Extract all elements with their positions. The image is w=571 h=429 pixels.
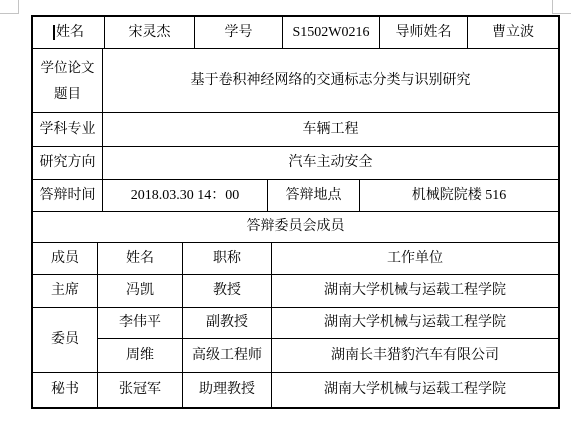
name-value: 宋灵杰	[129, 20, 171, 46]
cell-student-id-value[interactable]: S1502W0216	[283, 17, 380, 49]
cell-secretary-unit[interactable]: 湖南大学机械与运载工程学院	[272, 373, 558, 407]
cell-secretary-name[interactable]: 张冠军	[98, 373, 183, 407]
header-name: 姓名	[126, 246, 154, 272]
header-title: 职称	[213, 246, 241, 272]
cell-thesis-title-label[interactable]: 学位论文题目	[33, 49, 103, 113]
member2-title: 高级工程师	[192, 343, 262, 369]
cell-header-title[interactable]: 职称	[183, 243, 272, 275]
member2-name: 周维	[126, 343, 154, 369]
advisor-value: 曹立波	[492, 20, 534, 46]
cell-chairman-role[interactable]: 主席	[33, 275, 98, 308]
cell-defense-time-value[interactable]: 2018.03.30 14：00	[103, 180, 268, 212]
cell-secretary-title[interactable]: 助理教授	[183, 373, 272, 407]
cell-major-label[interactable]: 学科专业	[33, 113, 103, 147]
thesis-title-label: 学位论文题目	[34, 55, 101, 107]
page-corner-mark-top-left	[0, 0, 19, 14]
cell-defense-place-value[interactable]: 机械院院楼 516	[360, 180, 558, 212]
chairman-role: 主席	[51, 278, 79, 304]
cell-chairman-title[interactable]: 教授	[183, 275, 272, 308]
cell-advisor-label[interactable]: 导师姓名	[380, 17, 468, 49]
header-unit: 工作单位	[387, 246, 443, 272]
member-role: 委员	[51, 327, 79, 353]
secretary-unit: 湖南大学机械与运载工程学院	[324, 377, 506, 403]
committee-section-title: 答辩委员会成员	[247, 214, 345, 240]
secretary-role: 秘书	[51, 377, 79, 403]
secretary-title: 助理教授	[199, 377, 255, 403]
document-page: 姓名 宋灵杰 学号 S1502W0216 导师姓名 曹立波 学位论文题目 基于卷…	[0, 0, 571, 429]
cell-member2-unit[interactable]: 湖南长丰猎豹汽车有限公司	[272, 339, 558, 373]
member1-name: 李伟平	[119, 310, 161, 336]
cell-header-unit[interactable]: 工作单位	[272, 243, 558, 275]
cell-chairman-name[interactable]: 冯凯	[98, 275, 183, 308]
member1-unit: 湖南大学机械与运载工程学院	[324, 310, 506, 336]
cell-major-value[interactable]: 车辆工程	[103, 113, 558, 147]
defense-place-value: 机械院院楼 516	[412, 183, 507, 209]
page-corner-mark-top-right	[552, 0, 571, 14]
secretary-name: 张冠军	[119, 377, 161, 403]
member2-unit: 湖南长丰猎豹汽车有限公司	[331, 343, 499, 369]
student-id-value: S1502W0216	[293, 20, 370, 46]
cell-name-label[interactable]: 姓名	[33, 17, 105, 49]
cell-committee-section-title[interactable]: 答辩委员会成员	[33, 212, 558, 243]
student-id-label: 学号	[225, 20, 253, 46]
cell-chairman-unit[interactable]: 湖南大学机械与运载工程学院	[272, 275, 558, 308]
cell-research-direction-value[interactable]: 汽车主动安全	[103, 147, 558, 180]
cell-name-value[interactable]: 宋灵杰	[105, 17, 195, 49]
cell-defense-time-label[interactable]: 答辩时间	[33, 180, 103, 212]
cell-student-id-label[interactable]: 学号	[195, 17, 283, 49]
defense-time-value: 2018.03.30 14：00	[131, 183, 240, 209]
thesis-title-value: 基于卷积神经网络的交通标志分类与识别研究	[191, 68, 471, 94]
advisor-label: 导师姓名	[396, 20, 452, 46]
header-role: 成员	[51, 246, 79, 272]
defense-info-table: 姓名 宋灵杰 学号 S1502W0216 导师姓名 曹立波 学位论文题目 基于卷…	[31, 15, 560, 409]
cell-defense-place-label[interactable]: 答辩地点	[268, 180, 360, 212]
cell-member1-unit[interactable]: 湖南大学机械与运载工程学院	[272, 308, 558, 339]
chairman-unit: 湖南大学机械与运载工程学院	[324, 278, 506, 304]
cell-header-role[interactable]: 成员	[33, 243, 98, 275]
text-cursor	[53, 25, 55, 40]
cell-header-name[interactable]: 姓名	[98, 243, 183, 275]
name-label: 姓名	[56, 20, 84, 46]
major-label: 学科专业	[40, 117, 96, 143]
research-direction-label: 研究方向	[40, 150, 96, 176]
cell-thesis-title-value[interactable]: 基于卷积神经网络的交通标志分类与识别研究	[103, 49, 558, 113]
chairman-name: 冯凯	[126, 278, 154, 304]
cell-research-direction-label[interactable]: 研究方向	[33, 147, 103, 180]
cell-member-role[interactable]: 委员	[33, 308, 98, 373]
member1-title: 副教授	[206, 310, 248, 336]
cell-advisor-value[interactable]: 曹立波	[468, 17, 558, 49]
research-direction-value: 汽车主动安全	[289, 150, 373, 176]
defense-place-label: 答辩地点	[286, 183, 342, 209]
defense-time-label: 答辩时间	[40, 183, 96, 209]
major-value: 车辆工程	[303, 117, 359, 143]
cell-member1-name[interactable]: 李伟平	[98, 308, 183, 339]
cell-secretary-role[interactable]: 秘书	[33, 373, 98, 407]
cell-member1-title[interactable]: 副教授	[183, 308, 272, 339]
cell-member2-name[interactable]: 周维	[98, 339, 183, 373]
chairman-title: 教授	[213, 278, 241, 304]
cell-member2-title[interactable]: 高级工程师	[183, 339, 272, 373]
